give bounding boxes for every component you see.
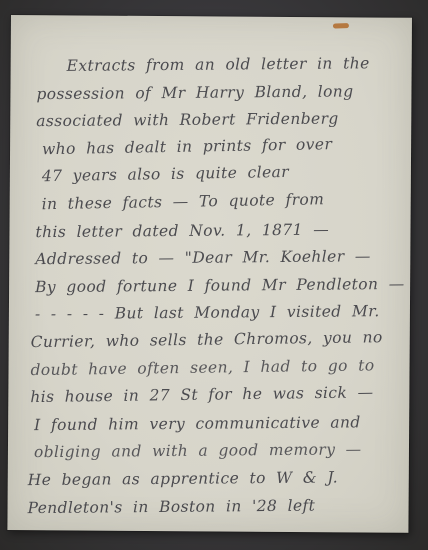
letter-line: his house in 27 St for he was sick — — [30, 379, 391, 412]
letter-line: Pendleton's in Boston in '28 left — [27, 491, 390, 522]
letter-line: possession of Mr Harry Bland, long — [36, 78, 393, 109]
scan-background: Extracts from an old letter in the posse… — [0, 0, 428, 550]
letter-line: Extracts from an old letter in the — [37, 50, 394, 81]
letter-line: By good fortune I found Mr Pendleton — — [35, 271, 392, 302]
letter-line: this letter dated Nov. 1, 1871 — — [35, 216, 392, 247]
letter-line: Addressed to — "Dear Mr. Koehler — — [35, 243, 392, 274]
letter-line: in these facts — To quote from — [41, 185, 392, 219]
letter-line: Currier, who sells the Chromos, you no — [31, 324, 392, 357]
letter-paper: Extracts from an old letter in the posse… — [7, 15, 412, 533]
letter-line: I found him very communicative and — [34, 409, 391, 440]
letter-text: Extracts from an old letter in the posse… — [7, 15, 412, 533]
letter-line: obliging and with a good memory — — [34, 436, 391, 467]
letter-line: He began as apprentice to W & J. — [28, 464, 391, 495]
